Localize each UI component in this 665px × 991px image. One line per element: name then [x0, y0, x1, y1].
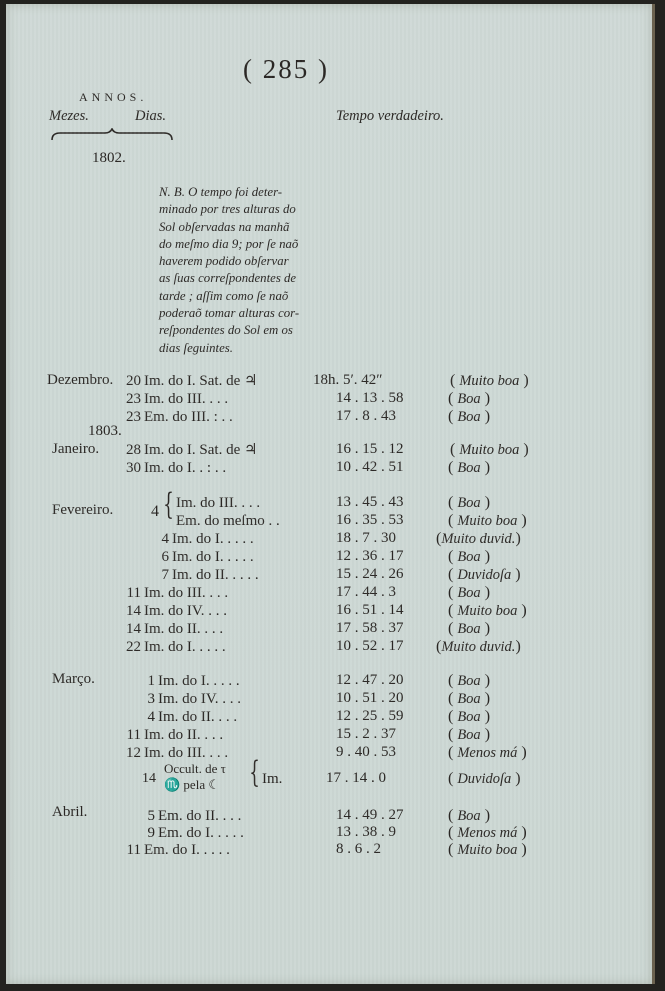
row-time: 16 . 15 . 12 [336, 441, 404, 458]
row-desc: Im. [262, 770, 282, 788]
note-line: poderaõ tomar alturas cor- [159, 305, 349, 322]
row-quality: (Muito duvid.) [436, 638, 521, 656]
row-time: 14 . 13 . 58 [336, 390, 404, 407]
row-time: 15 . 2 . 37 [336, 726, 396, 743]
occultation-line-1: Occult. de τ [164, 761, 226, 776]
row-quality: ( Duvidoſa ) [448, 770, 521, 788]
row-desc: Em. do II. . . . [158, 807, 241, 825]
row-day: 3 [133, 690, 155, 708]
table-row: 11Em. do I. . . . . [119, 841, 230, 859]
header-annos: ANNOS. [79, 90, 147, 105]
row-desc: Em. do I. . . . . [158, 824, 244, 842]
table-row: 7Im. do II. . . . . [147, 566, 259, 584]
table-row: 28Im. do I. Sat. de ♃ [119, 441, 257, 459]
table-row: 5Em. do II. . . . [133, 807, 241, 825]
row-desc: Im. do IV. . . . [144, 602, 227, 620]
book-page: ( 285 ) ANNOS. Mezes. Dias. Tempo verdad… [6, 4, 655, 984]
row-time: 15 . 24 . 26 [336, 566, 404, 583]
row-time: 18 . 7 . 30 [336, 530, 396, 547]
row-desc: Im. do II. . . . [144, 620, 223, 638]
row-desc: Im. do I. Sat. de ♃ [144, 372, 257, 390]
row-day: 7 [147, 566, 169, 584]
row-quality: ( Muito boa ) [448, 602, 527, 620]
table-row: 3Im. do IV. . . . [133, 690, 241, 708]
row-time: 18h. 5′. 42″ [313, 372, 383, 389]
row-day: 20 [119, 372, 141, 390]
table-row: 9Em. do I. . . . . [133, 824, 244, 842]
occultation-line-2: ♏ pela ☾ [164, 777, 220, 792]
row-desc: Em. do III. : . . [144, 408, 233, 426]
note-line: minado por tres alturas do [159, 201, 349, 218]
row-quality: ( Boa ) [448, 548, 490, 566]
row-time: 17 . 58 . 37 [336, 620, 404, 637]
note-line: do meſmo dia 9; por ſe naõ [159, 236, 349, 253]
row-desc: Im. do I. . . . . [144, 638, 226, 656]
month-fevereiro: Fevereiro. [52, 502, 113, 519]
row-time: 10 . 51 . 20 [336, 690, 404, 707]
row-desc: Im. do II. . . . . [172, 566, 259, 584]
row-quality: ( Boa ) [448, 708, 490, 726]
header-tempo-verdadeiro: Tempo verdadeiro. [336, 108, 444, 125]
row-quality: ( Menos má ) [448, 744, 527, 762]
row-quality: ( Boa ) [448, 459, 490, 477]
row-day: 11 [119, 584, 141, 602]
row-quality: ( Boa ) [448, 620, 490, 638]
row-time: 10 . 52 . 17 [336, 638, 404, 655]
row-desc: Im. do III. . . . [144, 584, 228, 602]
table-row: Em. do meſmo . . [176, 512, 280, 530]
table-row: 22Im. do I. . . . . [119, 638, 226, 656]
row-time: 12 . 47 . 20 [336, 672, 404, 689]
row-day: 30 [119, 459, 141, 477]
table-row: 14Im. do IV. . . . [119, 602, 227, 620]
row-time: 12 . 25 . 59 [336, 708, 404, 725]
row-time: 8 . 6 . 2 [336, 841, 381, 858]
row-day: 23 [119, 408, 141, 426]
table-row: 11Im. do II. . . . [119, 726, 223, 744]
row-quality: ( Duvidoſa ) [448, 566, 521, 584]
row-quality: ( Menos má ) [448, 824, 527, 842]
row-time: 16 . 35 . 53 [336, 512, 404, 529]
row-desc: Em. do meſmo . . [176, 512, 280, 530]
row-day: 11 [119, 726, 141, 744]
note-line: Sol obſervadas na manhã [159, 219, 349, 236]
row-time: 17 . 14 . 0 [326, 770, 386, 787]
row-quality: ( Boa ) [448, 672, 490, 690]
row-quality: ( Muito boa ) [448, 512, 527, 530]
row-desc: Im. do III. . . . [144, 390, 228, 408]
table-row: 20Im. do I. Sat. de ♃ [119, 372, 257, 390]
note-line: reſpondentes do Sol em os [159, 322, 349, 339]
row-quality: ( Boa ) [448, 390, 490, 408]
year-1802: 1802. [92, 150, 126, 167]
note-line: dias ſeguintes. [159, 340, 349, 357]
row-time: 12 . 36 . 17 [336, 548, 404, 565]
row-day: 9 [133, 824, 155, 842]
row-day: 14 [119, 602, 141, 620]
row-time: 13 . 38 . 9 [336, 824, 396, 841]
table-row: 23Im. do III. . . . [119, 390, 228, 408]
row-desc: Im. do I. . . . . [172, 530, 254, 548]
table-row: 12Im. do III. . . . [119, 744, 228, 762]
row-desc: Im. do III. . . . [176, 494, 260, 512]
table-row: 11Im. do III. . . . [119, 584, 228, 602]
row-quality: ( Muito boa ) [450, 372, 529, 390]
month-marco: Março. [52, 671, 95, 688]
row-time: 14 . 49 . 27 [336, 807, 404, 824]
row-quality: ( Boa ) [448, 584, 490, 602]
row-quality: ( Boa ) [448, 408, 490, 426]
note-line: N. B. O tempo foi deter- [159, 184, 349, 201]
row-day: 12 [119, 744, 141, 762]
row-desc: Im. do IV. . . . [158, 690, 241, 708]
row-day: 11 [119, 841, 141, 859]
row-day: 23 [119, 390, 141, 408]
row-day: 4 [151, 503, 159, 521]
page-number: ( 285 ) [243, 54, 329, 85]
row-day: 5 [133, 807, 155, 825]
row-desc: Im. do I. . . . . [172, 548, 254, 566]
row-time: 17 . 44 . 3 [336, 584, 396, 601]
row-day: 14 [119, 620, 141, 638]
table-row: 14Im. do II. . . . [119, 620, 223, 638]
table-row: 30Im. do I. . : . . [119, 459, 226, 477]
row-quality: ( Muito boa ) [450, 441, 529, 459]
table-row: 6Im. do I. . . . . [147, 548, 254, 566]
month-janeiro: Janeiro. [52, 441, 99, 458]
row-day: 1 [133, 672, 155, 690]
row-time: 9 . 40 . 53 [336, 744, 396, 761]
row-desc: Im. do I. Sat. de ♃ [144, 441, 257, 459]
row-time: 16 . 51 . 14 [336, 602, 404, 619]
table-row: 23Em. do III. : . . [119, 408, 233, 426]
row-day: 14 [142, 770, 156, 788]
row-quality: ( Boa ) [448, 807, 490, 825]
row-day: 6 [147, 548, 169, 566]
header-dias: Dias. [135, 108, 166, 125]
row-desc: Im. do I. . : . . [144, 459, 226, 477]
header-mezes: Mezes. [49, 108, 89, 125]
note-line: as ſuas correſpondentes de [159, 270, 349, 287]
note-line: haverem podido obſervar [159, 253, 349, 270]
row-desc: Im. do II. . . . [158, 708, 237, 726]
table-row: Im. do III. . . . [176, 494, 260, 512]
month-dezembro: Dezembro. [47, 372, 113, 389]
row-day: 28 [119, 441, 141, 459]
row-time: 17 . 8 . 43 [336, 408, 396, 425]
row-day: 22 [119, 638, 141, 656]
row-quality: ( Muito boa ) [448, 841, 527, 859]
row-quality: ( Boa ) [448, 690, 490, 708]
row-desc: Im. do I. . . . . [158, 672, 240, 690]
note-line: tarde ; aſſim como ſe naõ [159, 288, 349, 305]
row-time: 13 . 45 . 43 [336, 494, 404, 511]
row-desc: Im. do II. . . . [144, 726, 223, 744]
month-abril: Abril. [52, 804, 87, 821]
row-day: 4 [133, 708, 155, 726]
table-row: 4Im. do I. . . . . [147, 530, 254, 548]
row-quality: (Muito duvid.) [436, 530, 521, 548]
row-quality: ( Boa ) [448, 726, 490, 744]
table-row: 4Im. do II. . . . [133, 708, 237, 726]
row-quality: ( Boa ) [448, 494, 490, 512]
header-brace-icon [50, 128, 174, 142]
nota-bene-paragraph: N. B. O tempo foi deter- minado por tres… [159, 184, 349, 357]
table-row: 1Im. do I. . . . . [133, 672, 240, 690]
year-1803: 1803. [88, 423, 122, 440]
row-time: 10 . 42 . 51 [336, 459, 404, 476]
row-desc: Em. do I. . . . . [144, 841, 230, 859]
row-day: 4 [147, 530, 169, 548]
row-desc: Im. do III. . . . [144, 744, 228, 762]
